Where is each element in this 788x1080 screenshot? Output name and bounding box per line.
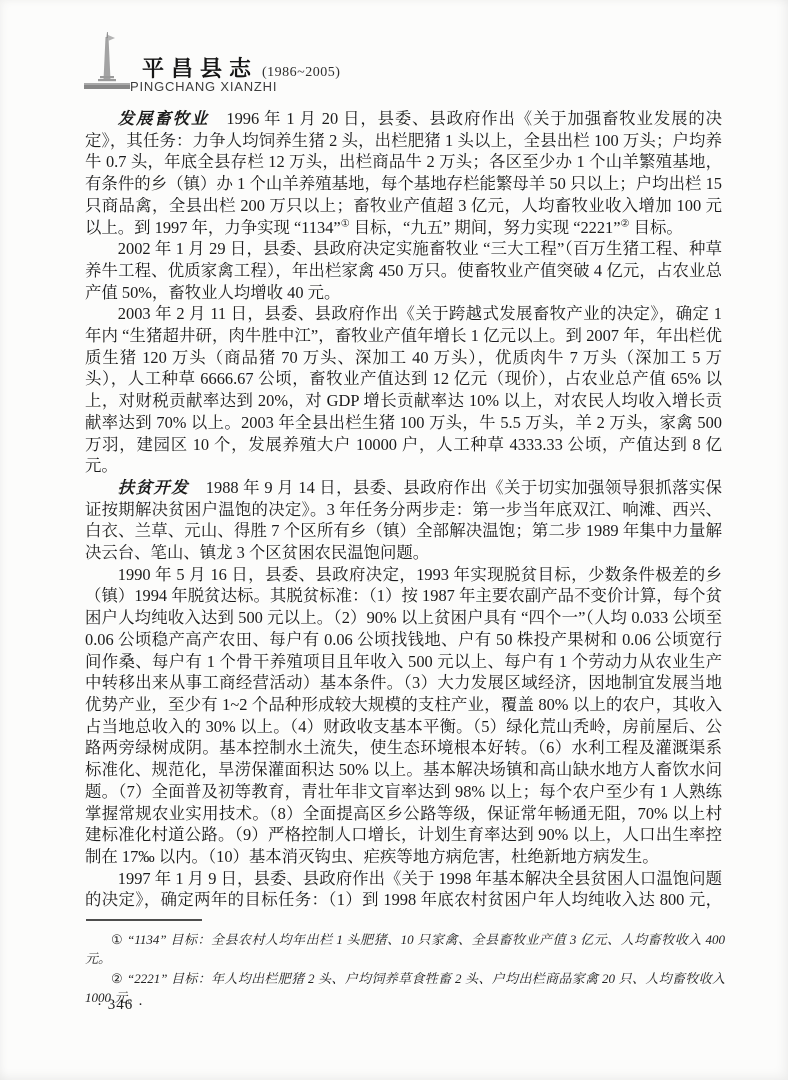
entry-term-livestock: 发展畜牧业 xyxy=(118,109,209,128)
footnote-1-text: “1134” 目标：全县农村人均年出栏 1 头肥猪、10 只家禽、全县畜牧业产值… xyxy=(85,932,725,966)
paragraph-2002-decision: 2002 年 1 月 29 日，县委、县政府决定实施畜牧业 “三大工程”（百万生… xyxy=(85,238,722,303)
entry-term-poverty: 扶贫开发 xyxy=(118,478,189,497)
paragraph-1997-decision: 1997 年 1 月 9 日，县委、县政府作出《关于 1998 年基本解决全县贫… xyxy=(85,868,722,910)
footnote-1-marker: ① xyxy=(111,932,123,947)
paragraph-text: 目标。 xyxy=(630,218,683,237)
paragraph-text: 1997 年 1 月 9 日，县委、县政府作出《关于 1998 年基本解决全县贫… xyxy=(85,869,722,910)
book-years: (1986~2005) xyxy=(262,65,340,80)
book-subtitle: PINGCHANG XIANZHI xyxy=(130,79,277,94)
footnote-1: ①“1134” 目标：全县农村人均年出栏 1 头肥猪、10 只家禽、全县畜牧业产… xyxy=(85,930,725,969)
paragraph-text: 2002 年 1 月 29 日，县委、县政府决定实施畜牧业 “三大工程”（百万生… xyxy=(85,239,722,301)
paragraph-text: 1990 年 5 月 16 日，县委、县政府决定，1993 年实现脱贫目标，少数… xyxy=(85,565,722,866)
book-title: 平昌县志 xyxy=(142,56,258,81)
paragraph-text: 目标，“九五” 期间，努力实现 “2221” xyxy=(350,218,621,237)
footnote-2: ②“2221” 目标：年人均出栏肥猪 2 头、户均饲养草食牲畜 2 头、户均出栏… xyxy=(85,969,725,1008)
paragraph-1990-standards: 1990 年 5 月 16 日，县委、县政府决定，1993 年实现脱贫目标，少数… xyxy=(85,564,722,868)
footnote-ref-1: ① xyxy=(341,218,350,229)
paragraph-develop-livestock: 发展畜牧业 1996 年 1 月 20 日，县委、县政府作出《关于加强畜牧业发展… xyxy=(85,108,722,238)
paragraph-text: 2003 年 2 月 11 日，县委、县政府作出《关于跨越式发展畜牧产业的决定》… xyxy=(85,304,722,475)
footnote-2-text: “2221” 目标：年人均出栏肥猪 2 头、户均饲养草食牲畜 2 头、户均出栏商… xyxy=(85,971,725,1005)
memorial-tower-icon xyxy=(84,32,130,92)
footnote-separator xyxy=(86,919,202,921)
footnote-2-marker: ② xyxy=(111,971,123,986)
paragraph-poverty-alleviation: 扶贫开发 1988 年 9 月 14 日，县委、县政府作出《关于切实加强领导狠抓… xyxy=(85,477,722,564)
page-body: 发展畜牧业 1996 年 1 月 20 日，县委、县政府作出《关于加强畜牧业发展… xyxy=(85,108,722,910)
page: 平昌县志 (1986~2005) PINGCHANG XIANZHI 发展畜牧业… xyxy=(0,0,788,1080)
paragraph-2003-decision: 2003 年 2 月 11 日，县委、县政府作出《关于跨越式发展畜牧产业的决定》… xyxy=(85,303,722,477)
footnote-ref-2: ② xyxy=(621,218,630,229)
page-number: · 346 · xyxy=(97,997,144,1014)
footnotes-block: ①“1134” 目标：全县农村人均年出栏 1 头肥猪、10 只家禽、全县畜牧业产… xyxy=(85,930,725,1008)
